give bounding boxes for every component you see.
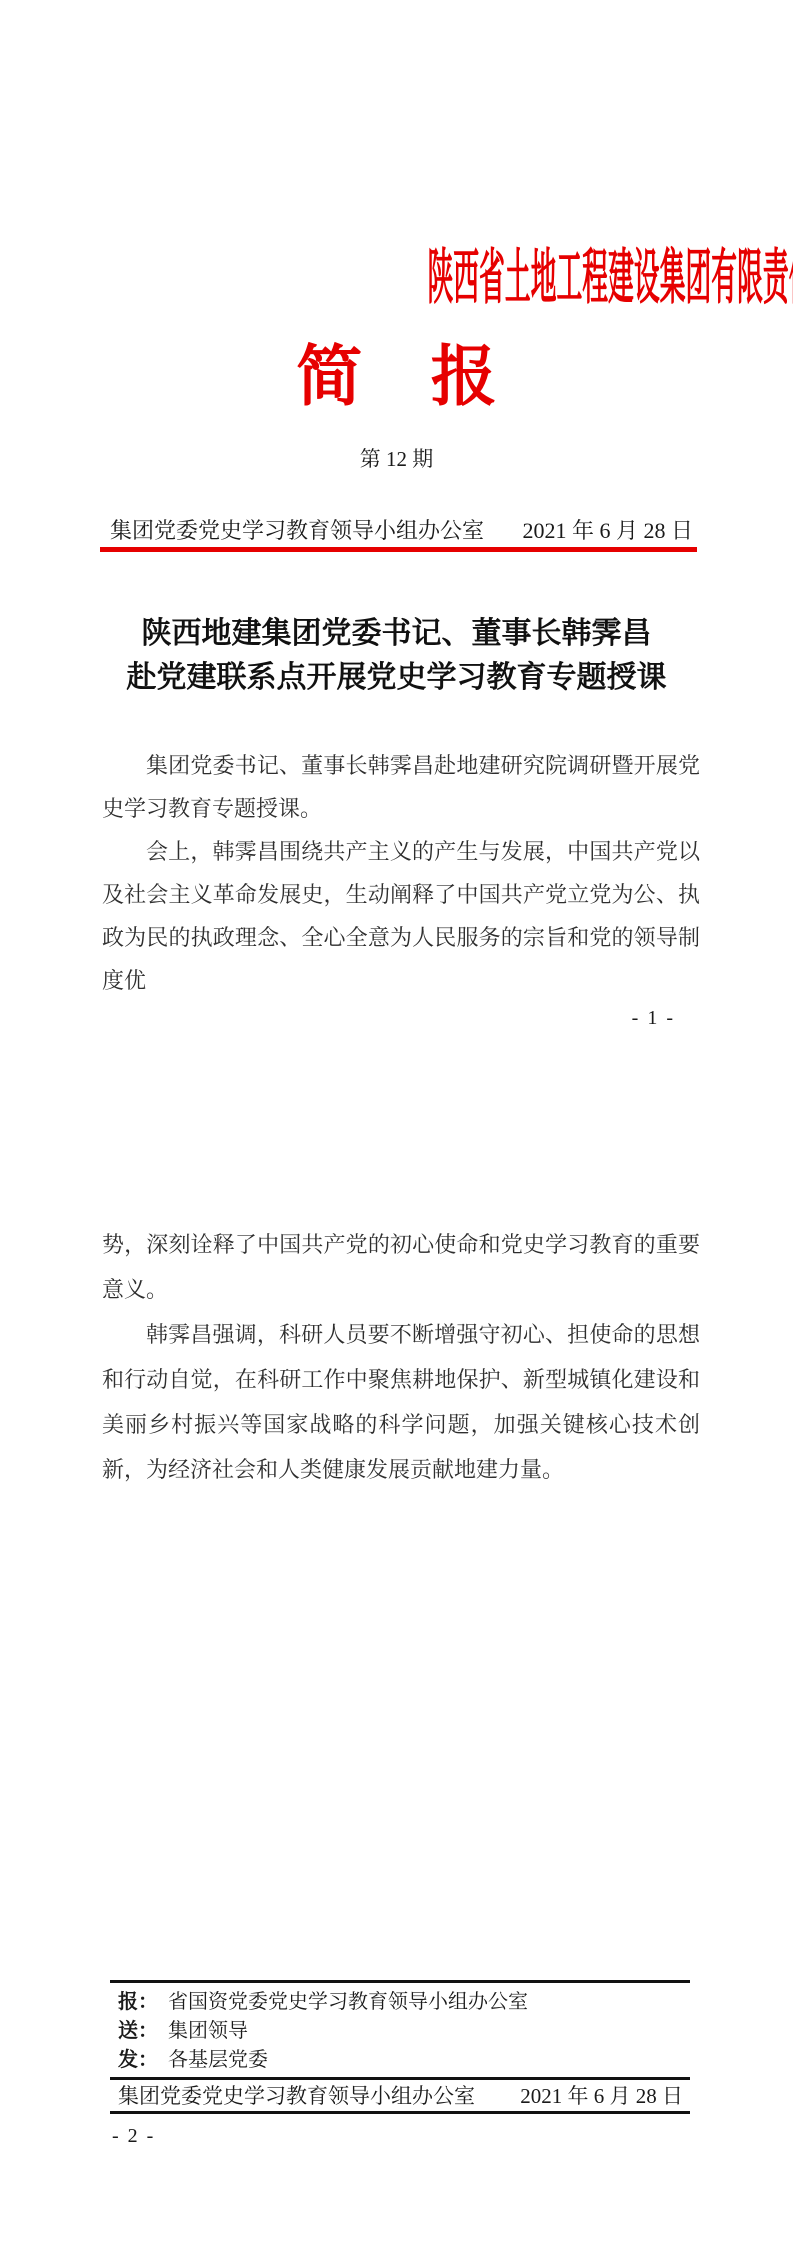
issuing-line: 集团党委党史学习教育领导小组办公室 2021 年 6 月 28 日 — [110, 517, 693, 545]
paragraph: 集团党委书记、董事长韩霁昌赴地建研究院调研暨开展党史学习教育专题授课。 — [102, 744, 700, 830]
paragraph-continuation: 势，深刻诠释了中国共产党的初心使命和党史学习教育的重要意义。 — [102, 1222, 700, 1312]
report-value: 省国资党委党史学习教育领导小组办公室 — [168, 1988, 528, 2017]
article-title-line2: 赴党建联系点开展党史学习教育专题授课 — [60, 656, 733, 700]
send-label: 送： — [118, 2017, 158, 2046]
issue-label: 发： — [118, 2046, 158, 2075]
paragraph: 会上，韩霁昌围绕共产主义的产生与发展，中国共产党以及社会主义革命发展史，生动阐释… — [102, 830, 700, 1002]
issuing-office: 集团党委党史学习教育领导小组办公室 — [110, 517, 484, 545]
footer-issuing-date: 2021 年 6 月 28 日 — [520, 2083, 683, 2109]
send-value: 集团领导 — [168, 2017, 248, 2046]
article-title: 陕西地建集团党委书记、董事长韩霁昌 赴党建联系点开展党史学习教育专题授课 — [60, 612, 733, 700]
issue-number: 第 12 期 — [0, 446, 793, 472]
issue-value: 各基层党委 — [168, 2046, 268, 2075]
page-number-1: - 1 - — [632, 1006, 675, 1030]
distribution-row-send: 送： 集团领导 — [118, 2017, 693, 2046]
page-number-2: - 2 - — [112, 2124, 155, 2148]
article-body-page1: 集团党委书记、董事长韩霁昌赴地建研究院调研暨开展党史学习教育专题授课。 会上，韩… — [102, 744, 700, 1002]
footer-middle-rule — [110, 2077, 690, 2080]
issuing-date: 2021 年 6 月 28 日 — [522, 517, 693, 545]
red-divider-rule — [100, 547, 697, 552]
footer-issuing-line: 集团党委党史学习教育领导小组办公室 2021 年 6 月 28 日 — [118, 2083, 683, 2109]
distribution-list: 报： 省国资党委党史学习教育领导小组办公室 送： 集团领导 发： 各基层党委 — [118, 1988, 693, 2075]
distribution-row-issue: 发： 各基层党委 — [118, 2046, 693, 2075]
masthead-title-text: 陕西省土地工程建设集团有限责任公司党委党史学习教育 — [428, 241, 793, 315]
footer-top-rule — [110, 1980, 690, 1983]
distribution-row-report: 报： 省国资党委党史学习教育领导小组办公室 — [118, 1988, 693, 2017]
footer-issuing-office: 集团党委党史学习教育领导小组办公室 — [118, 2083, 475, 2109]
bulletin-document: 陕西省土地工程建设集团有限责任公司党委党史学习教育 简 报 第 12 期 集团党… — [0, 0, 793, 2244]
article-title-line1: 陕西地建集团党委书记、董事长韩霁昌 — [60, 612, 733, 656]
bulletin-name: 简 报 — [0, 342, 793, 414]
masthead-title: 陕西省土地工程建设集团有限责任公司党委党史学习教育 — [0, 241, 793, 315]
footer-bottom-rule — [110, 2111, 690, 2114]
report-label: 报： — [118, 1988, 158, 2017]
article-body-page2: 势，深刻诠释了中国共产党的初心使命和党史学习教育的重要意义。 韩霁昌强调，科研人… — [102, 1222, 700, 1492]
paragraph: 韩霁昌强调，科研人员要不断增强守初心、担使命的思想和行动自觉，在科研工作中聚焦耕… — [102, 1312, 700, 1492]
